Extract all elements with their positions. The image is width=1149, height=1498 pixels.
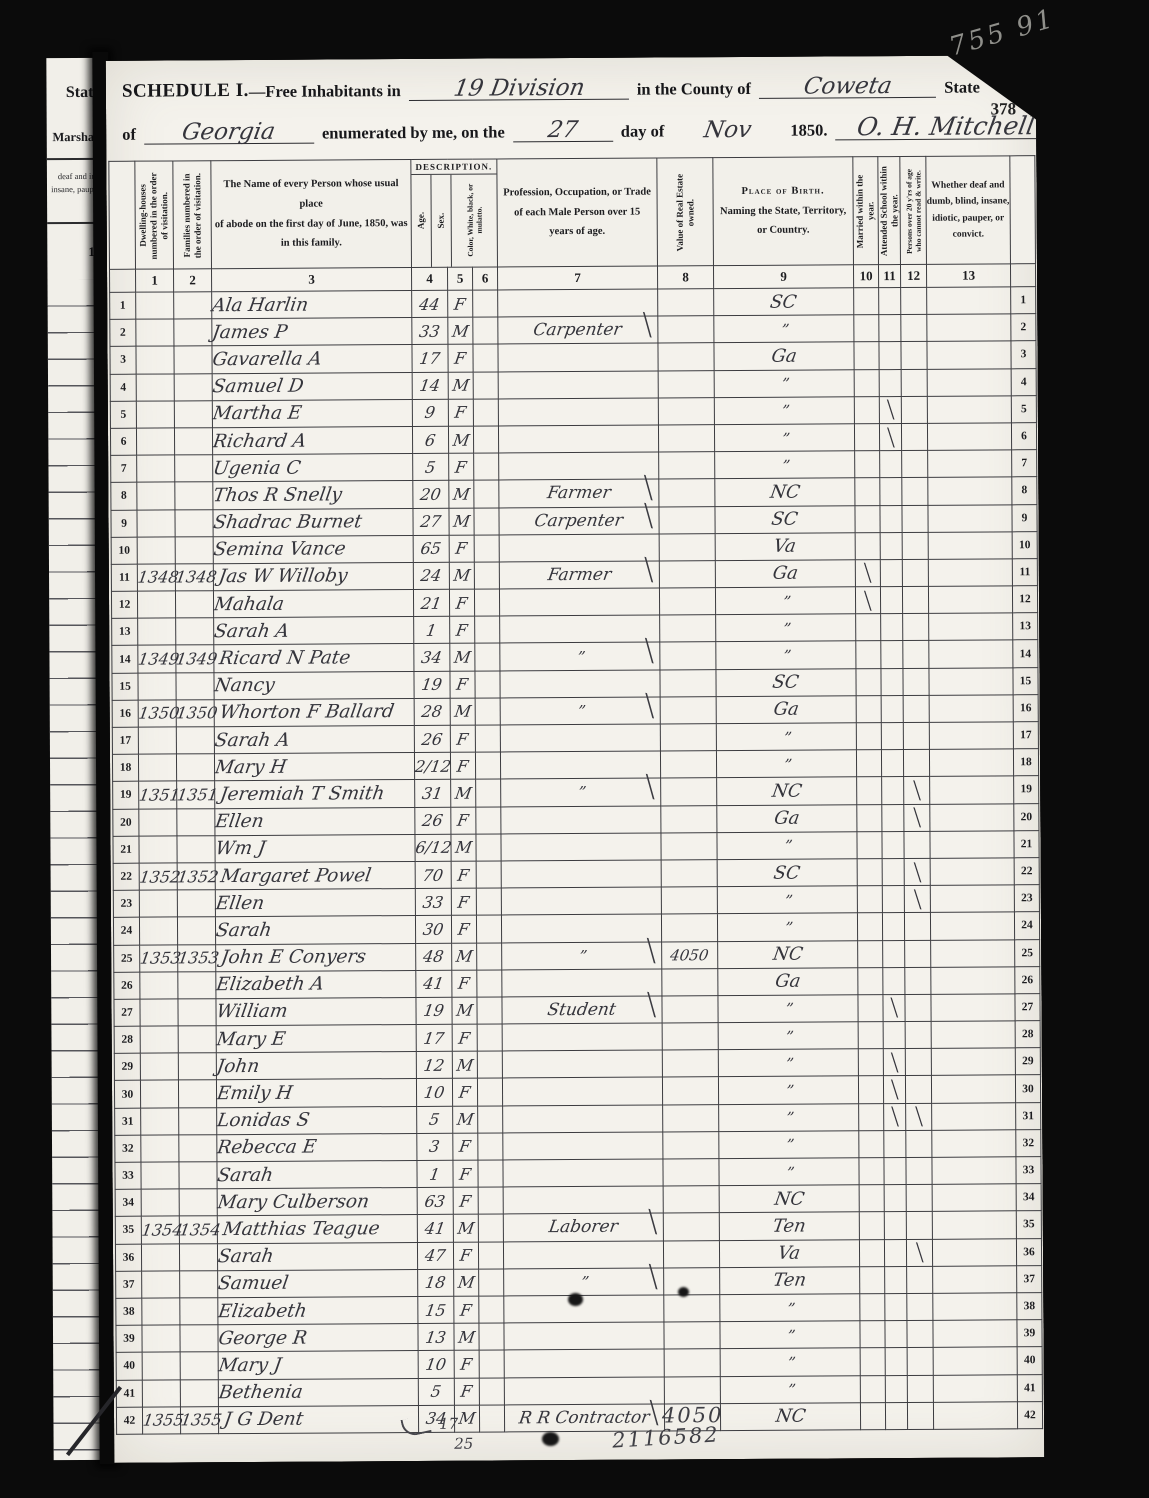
cell-birthplace: ” — [720, 1321, 860, 1349]
cell-birthplace: ” — [718, 995, 858, 1023]
cell-family-number: 1350 — [176, 700, 214, 727]
cell-married-within-year — [856, 695, 881, 722]
cell-line-number-right: 20 — [1014, 803, 1039, 830]
cell-married-within-year — [860, 1375, 885, 1402]
cell-sex: F — [449, 535, 474, 562]
cell-real-estate-value — [663, 1131, 719, 1159]
cell-occupation — [498, 343, 658, 371]
cell-dwelling-number: 1355 — [142, 1407, 180, 1434]
col5-header: Sex. — [430, 175, 451, 267]
cell-line-number-right: 12 — [1012, 586, 1037, 613]
cell-family-number — [175, 455, 213, 482]
cell-attended-school: ╲ — [883, 1049, 905, 1076]
cell-sex: M — [449, 562, 474, 589]
cell-cannot-read-write — [901, 396, 927, 423]
cell-sex: M — [452, 943, 477, 970]
cell-attended-school — [881, 614, 903, 641]
cell-age: 6/12 — [415, 834, 451, 861]
cell-real-estate-value — [661, 832, 717, 860]
cell-family-number — [174, 346, 212, 373]
cell-birthplace: Ten — [720, 1267, 860, 1295]
cell-line-number-left: 16 — [112, 700, 138, 727]
cell-family-number — [175, 536, 213, 563]
cell-line-number-right: 33 — [1016, 1157, 1041, 1184]
cell-family-number — [177, 808, 215, 835]
cell-color — [478, 1242, 503, 1269]
cell-deaf-dumb-etc — [933, 1320, 1017, 1348]
cell-dwelling-number — [137, 591, 175, 618]
cell-color — [479, 1296, 504, 1323]
cell-sex: F — [454, 1378, 479, 1405]
cell-cannot-read-write — [901, 315, 927, 342]
cell-birthplace: ” — [720, 1375, 860, 1403]
cell-sex: F — [454, 1350, 479, 1377]
cell-dwelling-number — [137, 509, 175, 536]
cell-occupation — [498, 398, 658, 426]
cell-color — [478, 1106, 503, 1133]
cell-age: 10 — [418, 1351, 454, 1378]
cell-family-number — [175, 509, 213, 536]
cell-family-number — [179, 1135, 217, 1162]
cell-color — [474, 562, 499, 589]
cell-attended-school — [884, 1157, 906, 1184]
cell-occupation — [504, 1295, 664, 1323]
col4-header: Age. — [411, 175, 431, 267]
corner-handwritten-number: 755 91 — [946, 4, 1059, 63]
cell-dwelling-number — [141, 1108, 179, 1135]
cell-occupation — [503, 1186, 663, 1214]
cell-birthplace: SC — [716, 668, 856, 696]
cell-age: 1 — [417, 1160, 453, 1187]
free-inhabitants-label: —Free Inhabitants in — [249, 81, 401, 102]
cell-cannot-read-write: ╲ — [904, 804, 930, 831]
cell-real-estate-value — [663, 1213, 719, 1241]
cell-color — [478, 1187, 503, 1214]
cell-sex: M — [450, 698, 475, 725]
cell-line-number-right: 9 — [1012, 504, 1037, 531]
cell-occupation — [503, 1105, 663, 1133]
cell-attended-school — [884, 1130, 906, 1157]
cell-real-estate-value — [662, 968, 718, 996]
cell-line-number-right: 19 — [1014, 776, 1039, 803]
cell-attended-school — [882, 804, 904, 831]
cell-attended-school: ╲ — [884, 1103, 906, 1130]
cell-birthplace: ” — [714, 397, 854, 425]
cell-married-within-year — [859, 1103, 884, 1130]
cell-real-estate-value — [661, 860, 717, 888]
cell-line-number-right: 41 — [1017, 1374, 1042, 1401]
cell-real-estate-value — [660, 615, 716, 643]
cell-age: 63 — [417, 1187, 453, 1214]
cell-attended-school: ╲ — [883, 994, 905, 1021]
cell-attended-school — [882, 858, 904, 885]
cell-dwelling-number — [139, 808, 177, 835]
cell-line-number-left: 13 — [112, 618, 138, 645]
cell-occupation — [501, 860, 661, 888]
cell-deaf-dumb-etc — [929, 667, 1013, 695]
cell-line-number-right: 31 — [1016, 1102, 1041, 1129]
cell-attended-school — [880, 587, 902, 614]
cell-attended-school — [883, 940, 905, 967]
cell-married-within-year — [858, 967, 883, 994]
cell-color — [473, 399, 498, 426]
cell-occupation — [502, 1050, 662, 1078]
cell-line-number-left: 36 — [115, 1244, 141, 1271]
cell-name: Mary J — [218, 1351, 418, 1379]
cell-birthplace: SC — [715, 505, 855, 533]
cell-real-estate-value — [659, 588, 715, 616]
cell-occupation — [500, 751, 660, 779]
col6-header: Color, White, black, or mulatto. — [450, 174, 497, 266]
cell-line-number-left: 18 — [112, 754, 138, 781]
cell-married-within-year — [854, 342, 879, 369]
cell-family-number — [176, 727, 214, 754]
cell-age: 21 — [413, 589, 449, 616]
col7-header: Profession, Occupation, or Tradeof each … — [497, 158, 658, 267]
cell-dwelling-number — [139, 836, 177, 863]
cell-name: Wm J — [215, 834, 415, 862]
cell-married-within-year: ╲ — [855, 560, 880, 587]
cell-cannot-read-write — [907, 1320, 933, 1347]
cell-family-number — [176, 754, 214, 781]
cell-line-number-left: 39 — [116, 1325, 142, 1352]
cell-attended-school — [885, 1348, 907, 1375]
cell-color — [477, 970, 502, 997]
cell-family-number — [175, 591, 213, 618]
cell-occupation: Carpenter╲ — [499, 506, 659, 534]
col1-header: Dwelling-houses numbered in the order of… — [135, 161, 174, 269]
cell-birthplace: NC — [720, 1402, 860, 1430]
cell-age: 5 — [418, 1378, 454, 1405]
col9-header: Place of Birth.Naming the State, Territo… — [713, 157, 854, 266]
cell-deaf-dumb-etc — [931, 939, 1015, 967]
cell-birthplace: ” — [719, 1103, 859, 1131]
cell-line-number-left: 6 — [110, 428, 136, 455]
cell-line-number-left: 27 — [114, 999, 140, 1026]
cell-cannot-read-write — [906, 1130, 932, 1157]
cell-name: Thos R Snelly — [213, 481, 413, 509]
cell-color — [474, 453, 499, 480]
cell-occupation — [499, 534, 659, 562]
cell-age: 41 — [417, 1215, 453, 1242]
cell-dwelling-number — [140, 1026, 178, 1053]
cell-occupation — [504, 1349, 664, 1377]
cell-deaf-dumb-etc — [931, 994, 1015, 1022]
cell-cannot-read-write — [901, 423, 927, 450]
cell-line-number-left: 3 — [110, 347, 136, 374]
cell-name: Lonidas S — [217, 1106, 417, 1134]
cell-family-number — [180, 1325, 218, 1352]
cell-cannot-read-write — [901, 287, 927, 314]
cell-birthplace: ” — [719, 1131, 859, 1159]
cell-real-estate-value — [659, 479, 715, 507]
cell-color — [475, 643, 500, 670]
cell-deaf-dumb-etc — [930, 803, 1014, 831]
cell-birthplace: ” — [715, 587, 855, 615]
cell-line-number-left: 28 — [114, 1026, 140, 1053]
cell-attended-school — [881, 722, 903, 749]
cell-line-number-left: 5 — [110, 401, 136, 428]
cell-deaf-dumb-etc — [932, 1102, 1016, 1130]
cell-attended-school — [880, 559, 902, 586]
cell-dwelling-number — [137, 455, 175, 482]
cell-sex: M — [452, 997, 477, 1024]
ink-blot — [678, 1287, 689, 1297]
cell-cannot-read-write — [905, 1021, 931, 1048]
cell-dwelling-number: 1353 — [140, 944, 178, 971]
cell-real-estate-value — [661, 914, 717, 942]
cell-cannot-read-write — [906, 1212, 932, 1239]
cell-name: Margaret Powel — [215, 861, 415, 889]
cell-line-number-right: 28 — [1015, 1021, 1040, 1048]
cell-color — [476, 807, 501, 834]
cell-deaf-dumb-etc — [933, 1401, 1017, 1429]
cell-real-estate-value — [658, 425, 714, 453]
cell-occupation: ”╲ — [500, 642, 660, 670]
cell-age: 15 — [418, 1296, 454, 1323]
cell-married-within-year — [855, 505, 880, 532]
cell-cannot-read-write — [903, 695, 929, 722]
cell-deaf-dumb-etc — [928, 586, 1012, 614]
cell-color — [479, 1269, 504, 1296]
cell-family-number — [177, 917, 215, 944]
cell-occupation — [498, 289, 658, 317]
cell-real-estate-value — [663, 1104, 719, 1132]
cell-birthplace: ” — [717, 832, 857, 860]
cell-color — [474, 480, 499, 507]
cell-birthplace: Va — [719, 1239, 859, 1267]
cell-dwelling-number — [142, 1271, 180, 1298]
cell-family-number — [176, 672, 214, 699]
cell-line-number-right: 32 — [1016, 1129, 1041, 1156]
cell-sex: F — [453, 1242, 478, 1269]
cell-birthplace: Va — [715, 532, 855, 560]
cell-color — [479, 1323, 504, 1350]
cell-sex: F — [449, 589, 474, 616]
cell-name: Nancy — [214, 671, 414, 699]
cell-line-number-left: 34 — [115, 1189, 141, 1216]
cell-dwelling-number: 1352 — [139, 863, 177, 890]
cell-age: 20 — [413, 481, 449, 508]
cell-real-estate-value — [660, 669, 716, 697]
cell-name: Elizabeth A — [216, 970, 416, 998]
cell-deaf-dumb-etc — [929, 722, 1013, 750]
cell-line-number-right: 38 — [1017, 1293, 1042, 1320]
cell-occupation: ”╲ — [501, 778, 661, 806]
cell-married-within-year — [859, 1158, 884, 1185]
cell-real-estate-value — [663, 1159, 719, 1187]
cell-name: Emily H — [216, 1079, 416, 1107]
col13-header: Whether deaf anddumb, blind, insane, idi… — [926, 156, 1011, 265]
ink-blot — [542, 1432, 559, 1446]
cell-family-number — [179, 1107, 217, 1134]
cell-line-number-right: 26 — [1015, 966, 1040, 993]
cell-name: William — [216, 997, 416, 1025]
cell-occupation — [502, 969, 662, 997]
cell-color — [478, 1160, 503, 1187]
cell-deaf-dumb-etc — [927, 314, 1011, 342]
cell-line-number-right: 14 — [1013, 640, 1038, 667]
cell-occupation — [500, 724, 660, 752]
cell-sex: F — [450, 752, 475, 779]
cell-birthplace: NC — [719, 1185, 859, 1213]
cell-family-number — [174, 400, 212, 427]
cell-cannot-read-write — [907, 1402, 933, 1429]
cell-dwelling-number — [136, 319, 174, 346]
cell-family-number — [178, 1026, 216, 1053]
cell-cannot-read-write — [907, 1293, 933, 1320]
cell-line-number-left: 29 — [114, 1053, 140, 1080]
cell-line-number-left: 21 — [113, 836, 139, 863]
cell-dwelling-number — [136, 428, 174, 455]
cell-age: 3 — [417, 1133, 453, 1160]
cell-cannot-read-write — [905, 940, 931, 967]
cell-line-number-right: 16 — [1013, 694, 1038, 721]
state-entry: Georgia — [144, 121, 314, 144]
cell-married-within-year — [857, 831, 882, 858]
cell-age: 19 — [416, 997, 452, 1024]
cell-married-within-year — [855, 478, 880, 505]
cell-birthplace: SC — [717, 859, 857, 887]
cell-occupation: ”╲ — [500, 697, 660, 725]
cell-sex: F — [451, 807, 476, 834]
cell-sex: F — [453, 1187, 478, 1214]
cell-dwelling-number — [139, 890, 177, 917]
cell-line-number-left: 40 — [116, 1352, 142, 1379]
cell-married-within-year — [854, 315, 879, 342]
cell-sex: F — [452, 1079, 477, 1106]
cell-line-number-right: 21 — [1014, 830, 1039, 857]
cell-color — [475, 671, 500, 698]
cell-family-number — [178, 999, 216, 1026]
cell-line-number-right: 24 — [1014, 912, 1039, 939]
cell-cannot-read-write — [903, 641, 929, 668]
cell-age: 48 — [416, 943, 452, 970]
cell-line-number-left: 25 — [114, 945, 140, 972]
cell-color — [474, 589, 499, 616]
cell-line-number-left: 15 — [112, 673, 138, 700]
cell-family-number — [174, 319, 212, 346]
cell-deaf-dumb-etc — [929, 749, 1013, 777]
cell-real-estate-value — [661, 805, 717, 833]
cell-deaf-dumb-etc — [932, 1238, 1016, 1266]
cell-line-number-left: 17 — [112, 727, 138, 754]
cell-deaf-dumb-etc — [927, 396, 1011, 424]
cell-married-within-year — [857, 804, 882, 831]
cell-married-within-year — [857, 859, 882, 886]
cell-family-number — [178, 1080, 216, 1107]
cell-deaf-dumb-etc — [933, 1374, 1017, 1402]
cell-line-number-right: 2 — [1011, 314, 1036, 341]
cell-occupation — [501, 914, 661, 942]
cell-occupation: Farmer╲ — [499, 561, 659, 589]
cell-sex: F — [448, 399, 473, 426]
cell-line-number-right: 8 — [1012, 477, 1037, 504]
cell-name: Samuel D — [212, 372, 412, 400]
cell-name: J G Dent — [218, 1405, 418, 1433]
cell-attended-school — [884, 1239, 906, 1266]
census-rows: 1Ala Harlin44FSC12James P33MCarpenter╲”2… — [110, 287, 1043, 1435]
cell-married-within-year — [856, 614, 881, 641]
cell-cannot-read-write — [906, 1157, 932, 1184]
cell-name: Sarah — [215, 916, 415, 944]
cell-cannot-read-write — [905, 1049, 931, 1076]
cell-married-within-year — [856, 723, 881, 750]
cell-married-within-year — [855, 532, 880, 559]
cell-occupation — [498, 425, 658, 453]
cell-birthplace: ” — [714, 424, 854, 452]
col12-header: Persons over 20 y'rs of age who cannot r… — [900, 156, 927, 264]
cell-married-within-year — [859, 1212, 884, 1239]
cell-line-number-left: 22 — [113, 863, 139, 890]
year-label: 1850. — [790, 120, 827, 140]
cell-deaf-dumb-etc — [932, 1130, 1016, 1158]
cell-dwelling-number — [141, 1162, 179, 1189]
cell-family-number — [178, 971, 216, 998]
cell-cannot-read-write: ╲ — [904, 885, 930, 912]
cell-sex: F — [448, 344, 473, 371]
cell-occupation — [502, 1077, 662, 1105]
cell-family-number — [179, 1189, 217, 1216]
cell-attended-school — [885, 1402, 907, 1429]
cell-real-estate-value — [664, 1349, 720, 1377]
cell-line-number-left: 30 — [114, 1081, 140, 1108]
cell-attended-school — [879, 342, 901, 369]
cell-name: Ricard N Pate — [214, 644, 414, 672]
schedule-label: SCHEDULE I. — [122, 80, 249, 103]
cell-sex: F — [452, 1024, 477, 1051]
cell-line-number-left: 26 — [114, 972, 140, 999]
cell-name: Mary Culberson — [217, 1188, 417, 1216]
cell-real-estate-value — [660, 724, 716, 752]
cell-color — [476, 888, 501, 915]
cell-attended-school: ╲ — [883, 1076, 905, 1103]
cell-dwelling-number — [136, 374, 174, 401]
col10-header: Married within the year. — [853, 157, 879, 265]
cell-attended-school — [884, 1212, 906, 1239]
cell-name: Bethenia — [218, 1378, 418, 1406]
cell-dwelling-number — [142, 1352, 180, 1379]
cell-age: 12 — [416, 1052, 452, 1079]
cell-name: Sarah — [217, 1242, 417, 1270]
cell-birthplace: Ga — [714, 342, 854, 370]
cell-dwelling-number — [138, 618, 176, 645]
cell-cannot-read-write — [907, 1375, 933, 1402]
cell-occupation: Farmer╲ — [499, 479, 659, 507]
cell-family-number — [174, 373, 212, 400]
cell-line-number-right: 7 — [1012, 450, 1037, 477]
cell-color — [479, 1405, 504, 1432]
cell-dwelling-number — [141, 1189, 179, 1216]
cell-real-estate-value — [662, 996, 718, 1024]
cell-occupation — [504, 1376, 664, 1404]
cell-line-number-left: 32 — [115, 1135, 141, 1162]
cell-deaf-dumb-etc — [927, 287, 1011, 315]
cell-attended-school — [882, 913, 904, 940]
cell-real-estate-value — [663, 1186, 719, 1214]
cell-occupation: ”╲ — [504, 1268, 664, 1296]
cell-dwelling-number — [141, 1243, 179, 1270]
cell-cannot-read-write — [907, 1348, 933, 1375]
cell-birthplace: ” — [720, 1294, 860, 1322]
cell-deaf-dumb-etc — [930, 831, 1014, 859]
cell-line-number-right: 18 — [1013, 749, 1038, 776]
cell-real-estate-value — [659, 506, 715, 534]
cell-age: 2/12 — [414, 752, 450, 779]
cell-real-estate-value — [664, 1376, 720, 1404]
cell-sex: F — [451, 861, 476, 888]
cell-birthplace: SC — [714, 288, 854, 316]
